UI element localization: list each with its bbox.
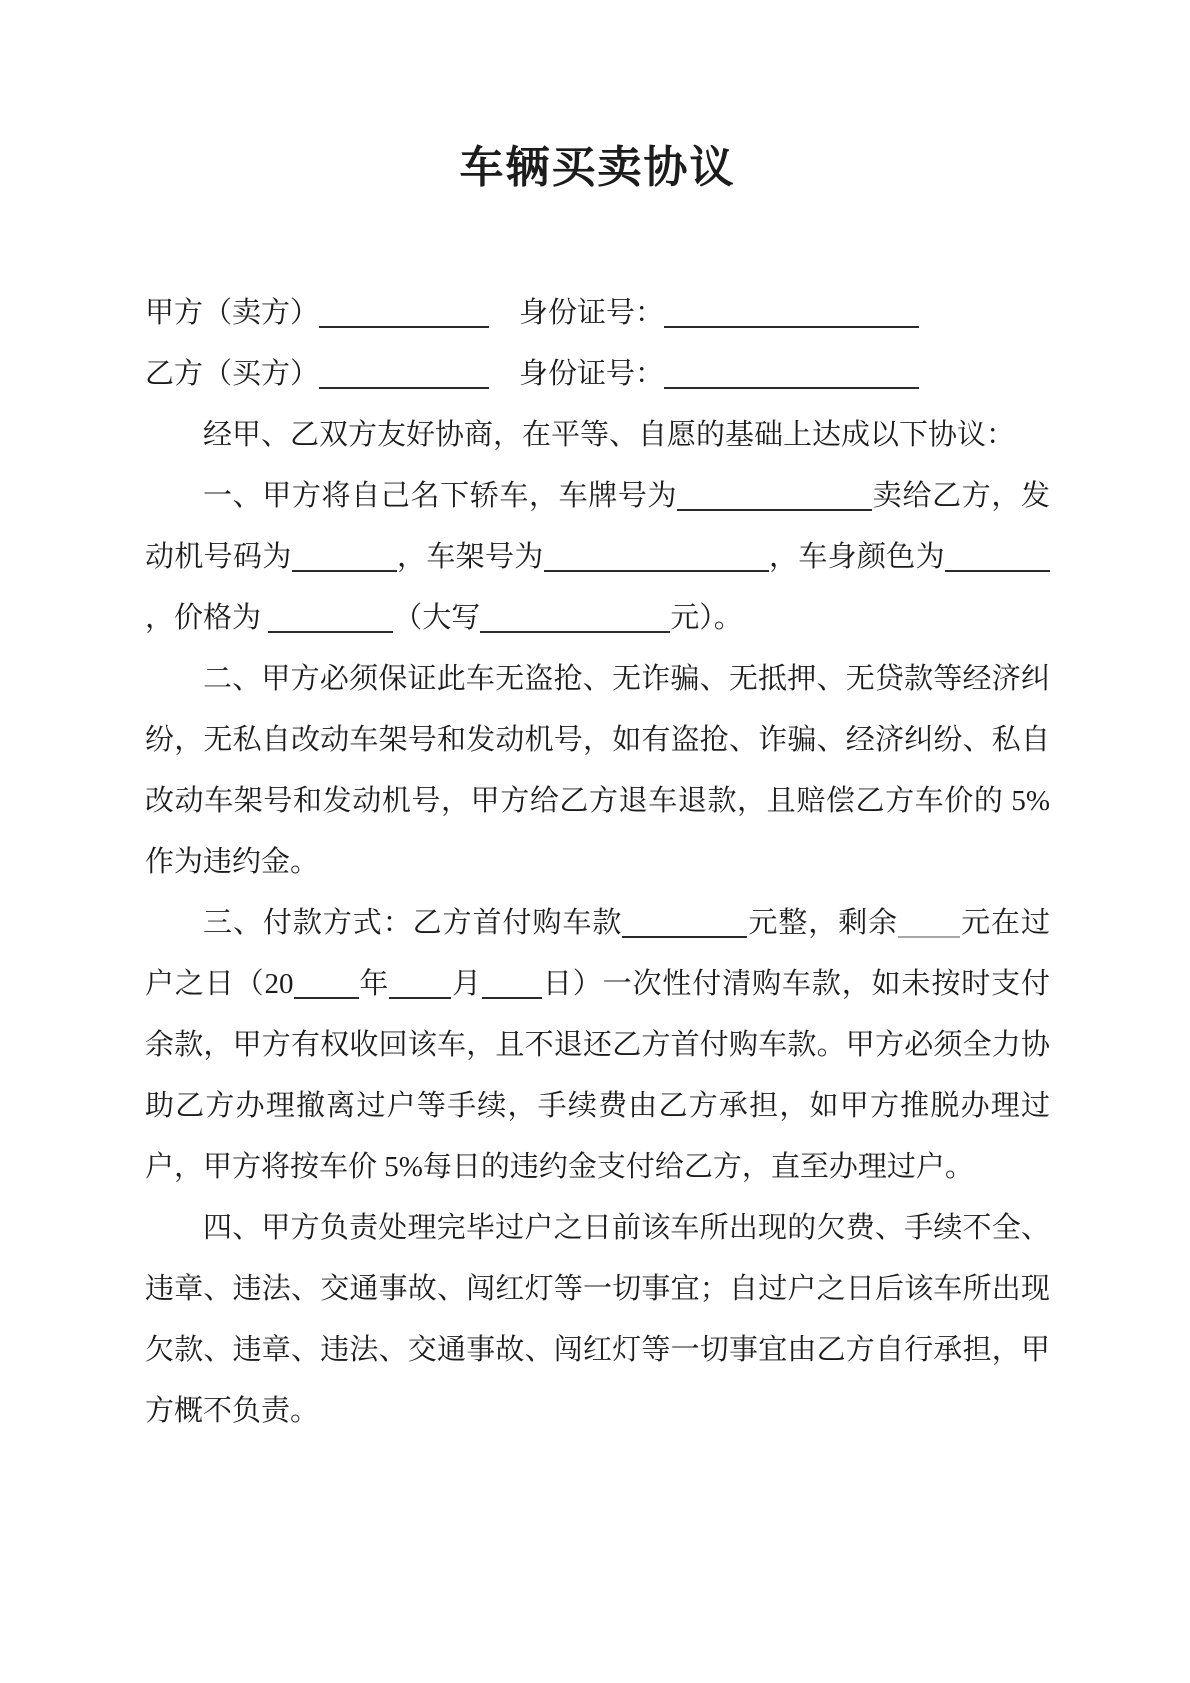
document-page: 车辆买卖协议 甲方（卖方）身份证号：乙方（买方）身份证号：经甲、乙双方友好协商，… [0, 0, 1190, 1683]
clause-1-text: ，价格为 [145, 602, 268, 634]
clause-1: 一、甲方将自己名下轿车，车牌号为卖给乙方，发动机号码为，车架号为，车身颜色为，价… [145, 466, 1050, 649]
clause-4: 四、甲方负责处理完毕过户之日前该车所出现的欠费、手续不全、违章、违法、交通事故、… [145, 1198, 1050, 1442]
clause-4-text: 四、甲方负责处理完毕过户之日前该车所出现的欠费、手续不全、违章、违法、交通事故、… [145, 1212, 1050, 1427]
body-color-blank [945, 543, 1050, 572]
clause-3-text: 年 [359, 968, 390, 1000]
clause-2: 二、甲方必须保证此车无盗抢、无诈骗、无抵押、无贷款等经济纠纷，无私自改动车架号和… [145, 649, 1050, 893]
plate-number-blank [677, 482, 872, 511]
price-blank [268, 604, 393, 633]
clause-1-text: 一、甲方将自己名下轿车，车牌号为 [203, 480, 677, 512]
year-blank [294, 970, 359, 999]
spacer [489, 382, 519, 383]
clause-3-text: 三、付款方式：乙方首付购车款 [203, 907, 622, 939]
preamble: 经甲、乙双方友好协商，在平等、自愿的基础上达成以下协议： [145, 405, 1050, 466]
seller-name-blank [319, 299, 489, 328]
seller-label: 甲方（卖方） [145, 297, 319, 329]
clause-1-text: （大写 [393, 602, 480, 634]
preamble-text: 经甲、乙双方友好协商，在平等、自愿的基础上达成以下协议： [203, 419, 1015, 451]
clause-1-text: ，车架号为 [397, 541, 544, 573]
buyer-id-label: 身份证号： [519, 358, 664, 390]
seller-id-label: 身份证号： [519, 297, 664, 329]
document-body: 甲方（卖方）身份证号：乙方（买方）身份证号：经甲、乙双方友好协商，在平等、自愿的… [145, 283, 1050, 1442]
buyer-name-blank [319, 360, 489, 389]
buyer-label: 乙方（买方） [145, 358, 319, 390]
clause-3-text: 日）一次性付清购车款，如未按时支付余款，甲方有权收回该车，且不退还乙方首付购车款… [145, 968, 1050, 1183]
clause-3-text: 月 [451, 968, 482, 1000]
vin-number-blank [544, 543, 769, 572]
down-payment-blank [622, 909, 747, 938]
clause-3-text: 元整，剩余 [747, 907, 898, 939]
clause-1-text: 元）。 [670, 602, 743, 634]
clause-2-text: 二、甲方必须保证此车无盗抢、无诈骗、无抵押、无贷款等经济纠纷，无私自改动车架号和… [145, 663, 1050, 878]
seller-id-blank [664, 299, 919, 328]
clause-1-text: ，车身颜色为 [769, 541, 945, 573]
price-in-words-blank [480, 604, 670, 633]
buyer-id-blank [664, 360, 919, 389]
party-seller-line: 甲方（卖方）身份证号： [145, 283, 1050, 344]
party-buyer-line: 乙方（买方）身份证号： [145, 344, 1050, 405]
document-title: 车辆买卖协议 [145, 142, 1050, 195]
clause-3: 三、付款方式：乙方首付购车款元整，剩余元在过户之日（20年月日）一次性付清购车款… [145, 893, 1050, 1198]
remaining-amount-blank [898, 909, 960, 938]
spacer [489, 321, 519, 322]
engine-number-blank [292, 543, 397, 572]
day-blank [482, 970, 542, 999]
month-blank [389, 970, 451, 999]
